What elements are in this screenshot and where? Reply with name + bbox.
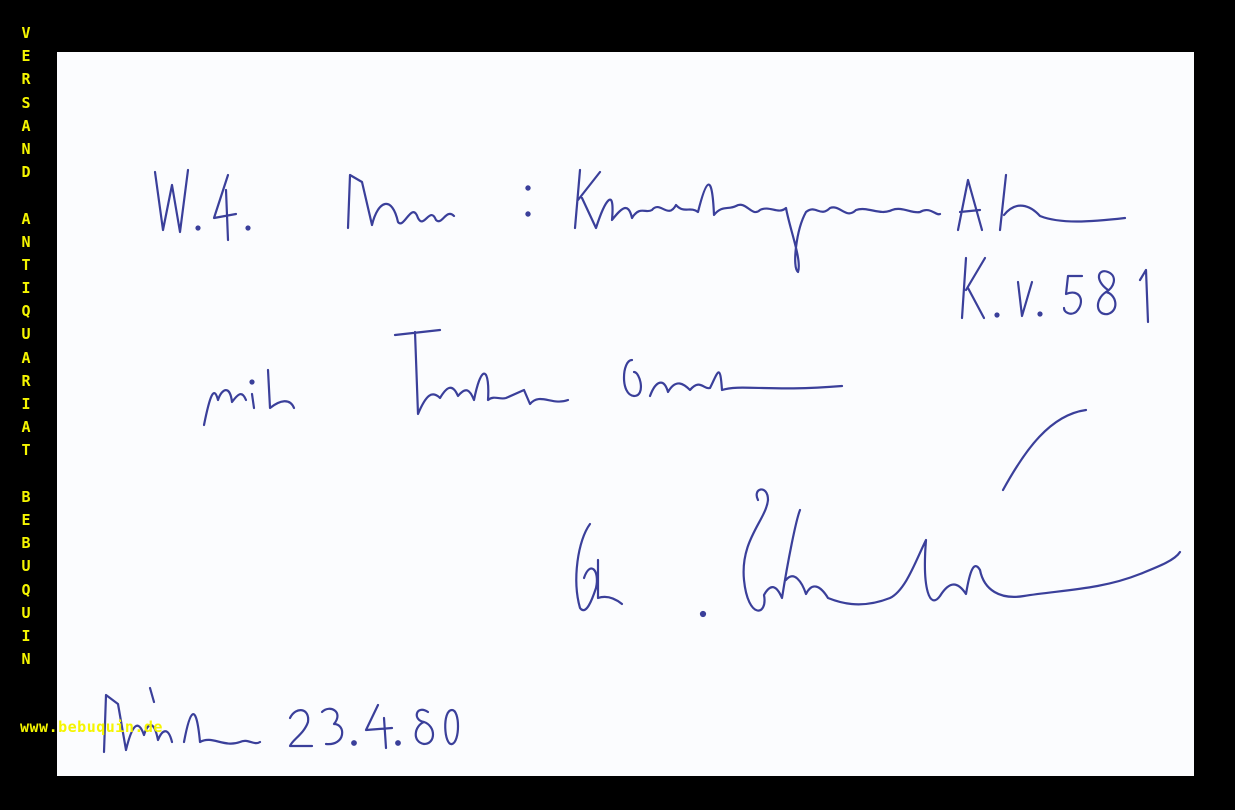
watermark-url: www.bebuquin.de <box>20 718 163 736</box>
handwriting-ink <box>0 0 1235 810</box>
line3-ink <box>204 330 842 425</box>
signature-ink <box>576 489 1180 616</box>
signature-flourish <box>1003 410 1086 490</box>
line2-ink <box>962 258 1148 322</box>
line1-ink <box>155 170 1125 272</box>
